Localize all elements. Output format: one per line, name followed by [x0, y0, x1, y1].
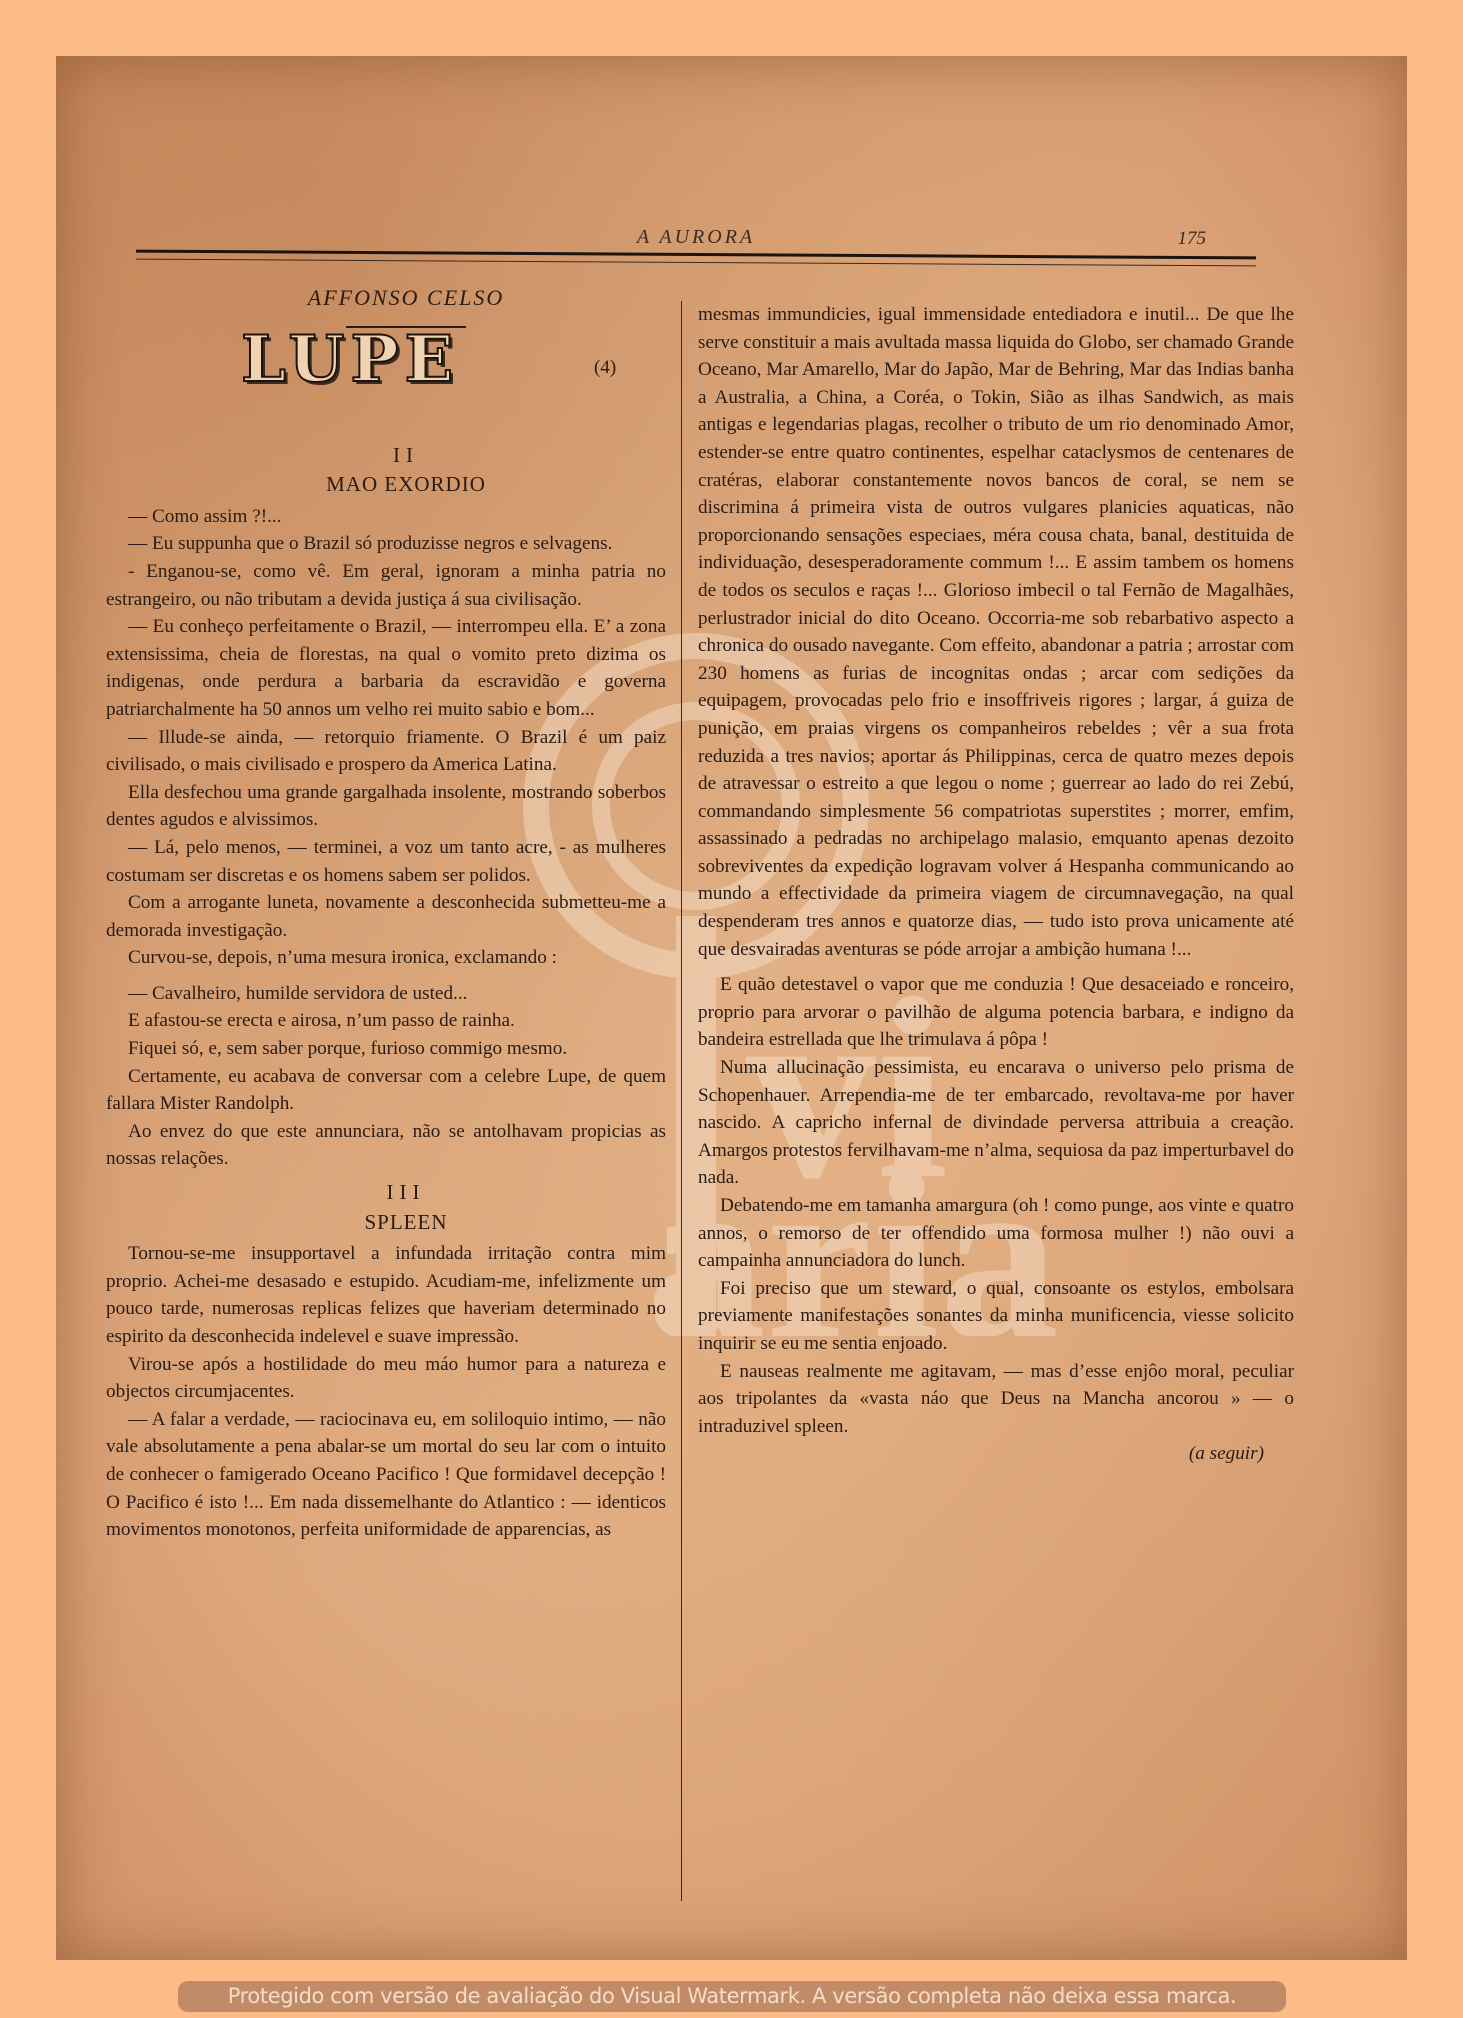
paragraph: — A falar a verdade, — raciocinava eu, e…: [106, 1406, 666, 1544]
chapter-number: II: [106, 442, 666, 470]
newspaper-page: vi aria A AURORA 175 AFFONSO CELSO LUPE …: [56, 56, 1407, 1960]
paragraph: E nauseas realmente me agitavam, — mas d…: [698, 1358, 1294, 1441]
paragraph: mesmas immundicies, igual immensidade en…: [698, 301, 1294, 963]
paragraph: E quão detestavel o vapor que me conduzi…: [698, 971, 1294, 1054]
paragraph: - Enganou-se, como vê. Em geral, ignoram…: [106, 558, 666, 613]
author-name: AFFONSO CELSO: [106, 284, 666, 312]
watermark-banner: Protegido com versão de avaliação do Vis…: [178, 1981, 1286, 2012]
paragraph: E afastou-se erecta e airosa, n’um passo…: [106, 1007, 666, 1035]
paragraph: Foi preciso que um steward, o qual, cons…: [698, 1275, 1294, 1358]
chapter-number: III: [106, 1179, 666, 1207]
paragraph: Debatendo-me em tamanha amargura (oh ! c…: [698, 1192, 1294, 1275]
paragraph: Com a arrogante luneta, novamente a desc…: [106, 889, 666, 944]
paragraph: — Illude-se ainda, — retorquio friamente…: [106, 724, 666, 779]
paragraph: — Eu suppunha que o Brazil só produzisse…: [106, 530, 666, 558]
title-block: LUPE (4): [106, 346, 666, 436]
paragraph: — Como assim ?!...: [106, 503, 666, 531]
paragraph: Virou-se após a hostilidade do meu máo h…: [106, 1351, 666, 1406]
continued-note: (a seguir): [698, 1440, 1264, 1468]
paragraph: — Lá, pelo menos, — terminei, a voz um t…: [106, 834, 666, 889]
story-title: LUPE: [241, 346, 459, 374]
column-left: AFFONSO CELSO LUPE (4) II MAO EXORDIO — …: [106, 276, 666, 1544]
running-title: A AURORA: [136, 226, 1256, 249]
page-number: 175: [1178, 228, 1207, 250]
paragraph: Ao envez do que este annunciara, não se …: [106, 1118, 666, 1173]
paragraph: Fiquei só, e, sem saber porque, furioso …: [106, 1035, 666, 1063]
paragraph: — Cavalheiro, humilde servidora de usted…: [106, 980, 666, 1008]
paragraph: Numa allucinação pessimista, eu encarava…: [698, 1054, 1294, 1192]
chapter-heading: MAO EXORDIO: [106, 471, 666, 499]
paragraph: Ella desfechou uma grande gargalhada ins…: [106, 779, 666, 834]
paragraph: — Eu conheço perfeitamente o Brazil, — i…: [106, 613, 666, 723]
paragraph: Curvou-se, depois, n’uma mesura ironica,…: [106, 944, 666, 972]
paragraph: Tornou-se-me insupportavel a infundada i…: [106, 1240, 666, 1350]
chapter-heading: SPLEEN: [106, 1209, 666, 1237]
column-divider: [681, 301, 682, 1901]
installment-number: (4): [594, 354, 616, 382]
paragraph: Certamente, eu acabava de conversar com …: [106, 1063, 666, 1118]
column-right: mesmas immundicies, igual immensidade en…: [698, 301, 1294, 1468]
